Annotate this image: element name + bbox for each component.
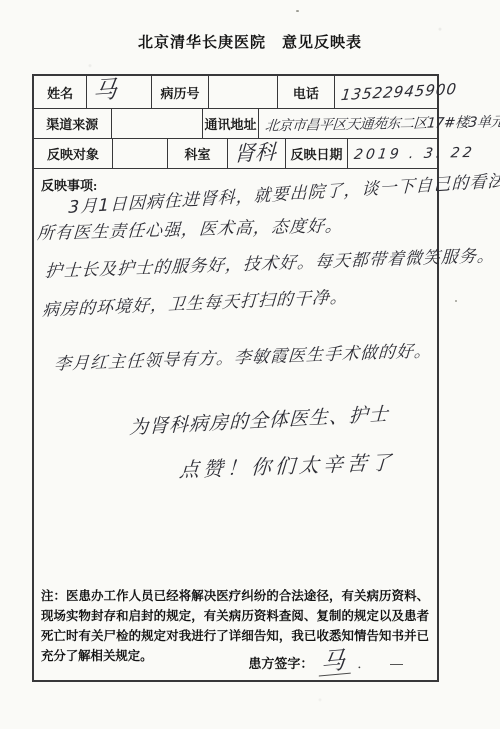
department-handwritten-value: 肾科 — [234, 142, 277, 165]
department-field: 肾科 — [228, 139, 286, 168]
address-field: 北京市昌平区天通苑东二区17#楼3单元402室 — [259, 109, 437, 138]
feedback-section: 反映事项: 3月1日因病住进肾科，就要出院了，谈一下自己的看法： 所有医生责任心… — [34, 169, 437, 680]
target-label: 反映对象 — [34, 139, 113, 168]
handwritten-line-1: 3月1日因病住进肾科，就要出院了，谈一下自己的看法： — [68, 172, 500, 217]
department-label: 科室 — [168, 139, 228, 168]
form-title: 北京清华长庚医院 意见反映表 — [0, 31, 500, 52]
signature-handwritten-value: 马 — [319, 648, 351, 677]
scan-speck — [296, 10, 299, 12]
date-field: 2019 . 3. 22 — [348, 139, 437, 168]
date-handwritten-value: 2019 . 3. 22 — [353, 145, 475, 161]
signature-label: 患方签字： — [248, 653, 313, 675]
address-handwritten-value: 北京市昌平区天通苑东二区17#楼3单元402室 — [264, 114, 500, 133]
signature-row: 患方签字： 马 ． — — [248, 649, 411, 675]
feedback-form-table: 姓名 马 病历号 电话 13522945900 渠道来源 通讯地址 北京市昌平区… — [32, 74, 439, 682]
scan-speck — [455, 300, 457, 302]
handwritten-line-7: 点赞！你们太辛苦了 — [179, 452, 396, 480]
record-no-label: 病历号 — [152, 76, 208, 108]
signature-marks: ． — — [357, 653, 411, 675]
form-row-identity: 姓名 马 病历号 电话 13522945900 — [34, 76, 437, 109]
name-field: 马 — [87, 76, 152, 108]
form-row-target-dept-date: 反映对象 科室 肾科 反映日期 2019 . 3. 22 — [34, 139, 437, 169]
handwritten-line-5: 李月红主任领导有方。李敏霞医生手术做的好。 — [54, 343, 433, 373]
scanned-feedback-form: 北京清华长庚医院 意见反映表 姓名 马 病历号 电话 13522945900 渠… — [0, 0, 500, 729]
channel-field — [112, 109, 203, 138]
feedback-section-label: 反映事项: — [41, 175, 97, 194]
name-handwritten-value: 马 — [93, 77, 118, 103]
name-label: 姓名 — [34, 76, 87, 108]
handwritten-line-2: 所有医生责任心强，医术高，态度好。 — [37, 218, 344, 243]
record-no-field — [209, 76, 278, 108]
handwritten-line-4: 病房的环境好，卫生每天打扫的干净。 — [42, 289, 348, 319]
channel-label: 渠道来源 — [34, 109, 112, 138]
handwritten-line-6: 为肾科病房的全体医生、护士 — [129, 405, 389, 438]
target-field — [113, 139, 168, 168]
date-label: 反映日期 — [286, 139, 348, 168]
address-label: 通讯地址 — [203, 109, 259, 138]
phone-field: 13522945900 — [335, 76, 437, 108]
phone-label: 电话 — [278, 76, 335, 108]
handwritten-line-3: 护士长及护士的服务好，技术好。每天都带着微笑服务。 — [45, 248, 496, 281]
phone-handwritten-value: 13522945900 — [340, 81, 458, 102]
form-row-channel-address: 渠道来源 通讯地址 北京市昌平区天通苑东二区17#楼3单元402室 — [34, 109, 437, 139]
